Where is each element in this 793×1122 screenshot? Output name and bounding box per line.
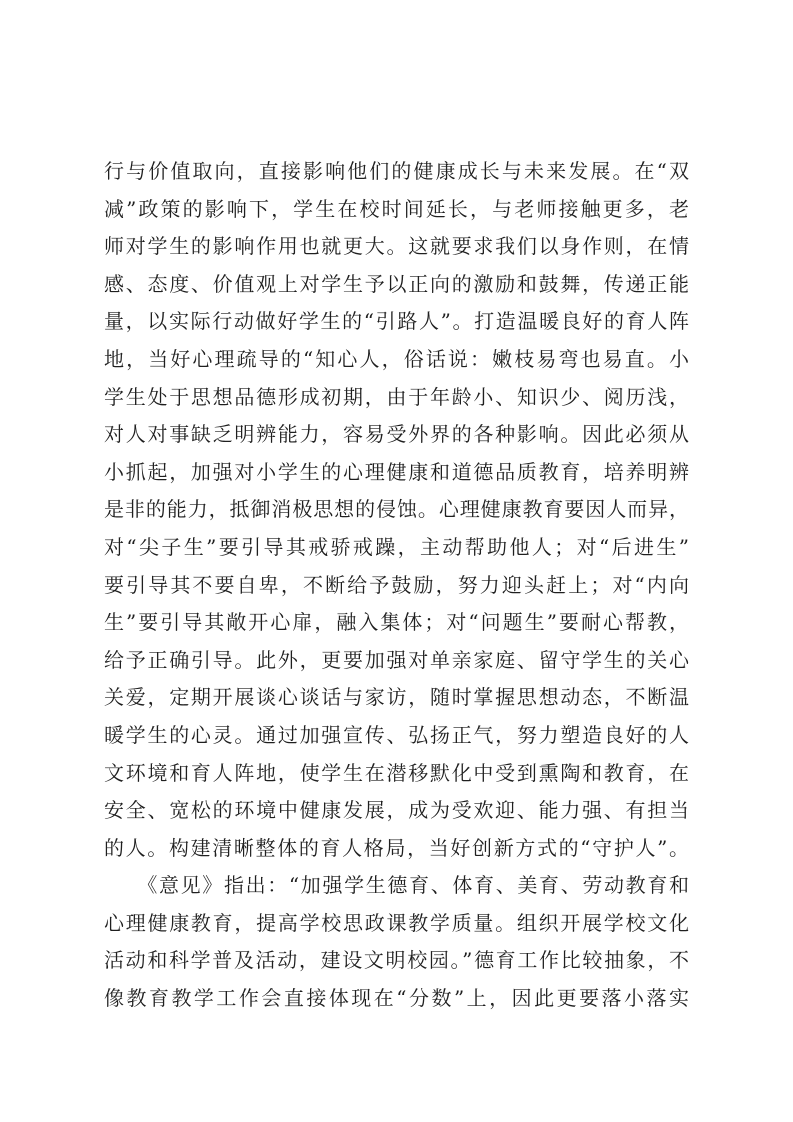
text-line: 减”政策的影响下，学生在校时间延长，与老师接触更多，老 — [104, 191, 689, 229]
text-line: 文环境和育人阵地，使学生在潜移默化中受到熏陶和教育，在 — [104, 755, 689, 793]
text-line: 小抓起，加强对小学生的心理健康和道德品质教育，培养明辨 — [104, 454, 689, 492]
text-line: 《意见》指出：“加强学生德育、体育、美育、劳动教育和 — [104, 867, 689, 905]
text-line: 给予正确引导。此外，更要加强对单亲家庭、留守学生的关心 — [104, 642, 689, 680]
text-line: 师对学生的影响作用也就更大。这就要求我们以身作则，在情 — [104, 228, 689, 266]
document-body: 行与价值取向，直接影响他们的健康成长与未来发展。在“双减”政策的影响下，学生在校… — [104, 153, 689, 1018]
text-line: 的人。构建清晰整体的育人格局，当好创新方式的“守护人”。 — [104, 830, 689, 868]
text-line: 行与价值取向，直接影响他们的健康成长与未来发展。在“双 — [104, 153, 689, 191]
text-line: 地，当好心理疏导的“知心人，俗话说：嫩枝易弯也易直。小 — [104, 341, 689, 379]
text-line: 对人对事缺乏明辨能力，容易受外界的各种影响。因此必须从 — [104, 416, 689, 454]
text-line: 量，以实际行动做好学生的“引路人”。打造温暖良好的育人阵 — [104, 303, 689, 341]
text-line: 生”要引导其敞开心扉，融入集体；对“问题生”要耐心帮教， — [104, 604, 689, 642]
text-line: 感、态度、价值观上对学生予以正向的激励和鼓舞，传递正能 — [104, 266, 689, 304]
text-line: 关爱，定期开展谈心谈话与家访，随时掌握思想动态，不断温 — [104, 679, 689, 717]
text-line: 对“尖子生”要引导其戒骄戒躁，主动帮助他人；对“后进生” — [104, 529, 689, 567]
document-page: 行与价值取向，直接影响他们的健康成长与未来发展。在“双减”政策的影响下，学生在校… — [0, 0, 793, 1122]
text-line: 像教育教学工作会直接体现在“分数”上，因此更要落小落实 — [104, 980, 689, 1018]
text-line: 学生处于思想品德形成初期，由于年龄小、知识少、阅历浅， — [104, 379, 689, 417]
text-line: 是非的能力，抵御消极思想的侵蚀。心理健康教育要因人而异， — [104, 491, 689, 529]
text-line: 要引导其不要自卑，不断给予鼓励，努力迎头赶上；对“内向 — [104, 567, 689, 605]
text-line: 活动和科学普及活动，建设文明校园。”德育工作比较抽象，不 — [104, 942, 689, 980]
text-line: 暖学生的心灵。通过加强宣传、弘扬正气，努力塑造良好的人 — [104, 717, 689, 755]
text-line: 安全、宽松的环境中健康发展，成为受欢迎、能力强、有担当 — [104, 792, 689, 830]
text-line: 心理健康教育，提高学校思政课教学质量。组织开展学校文化 — [104, 905, 689, 943]
